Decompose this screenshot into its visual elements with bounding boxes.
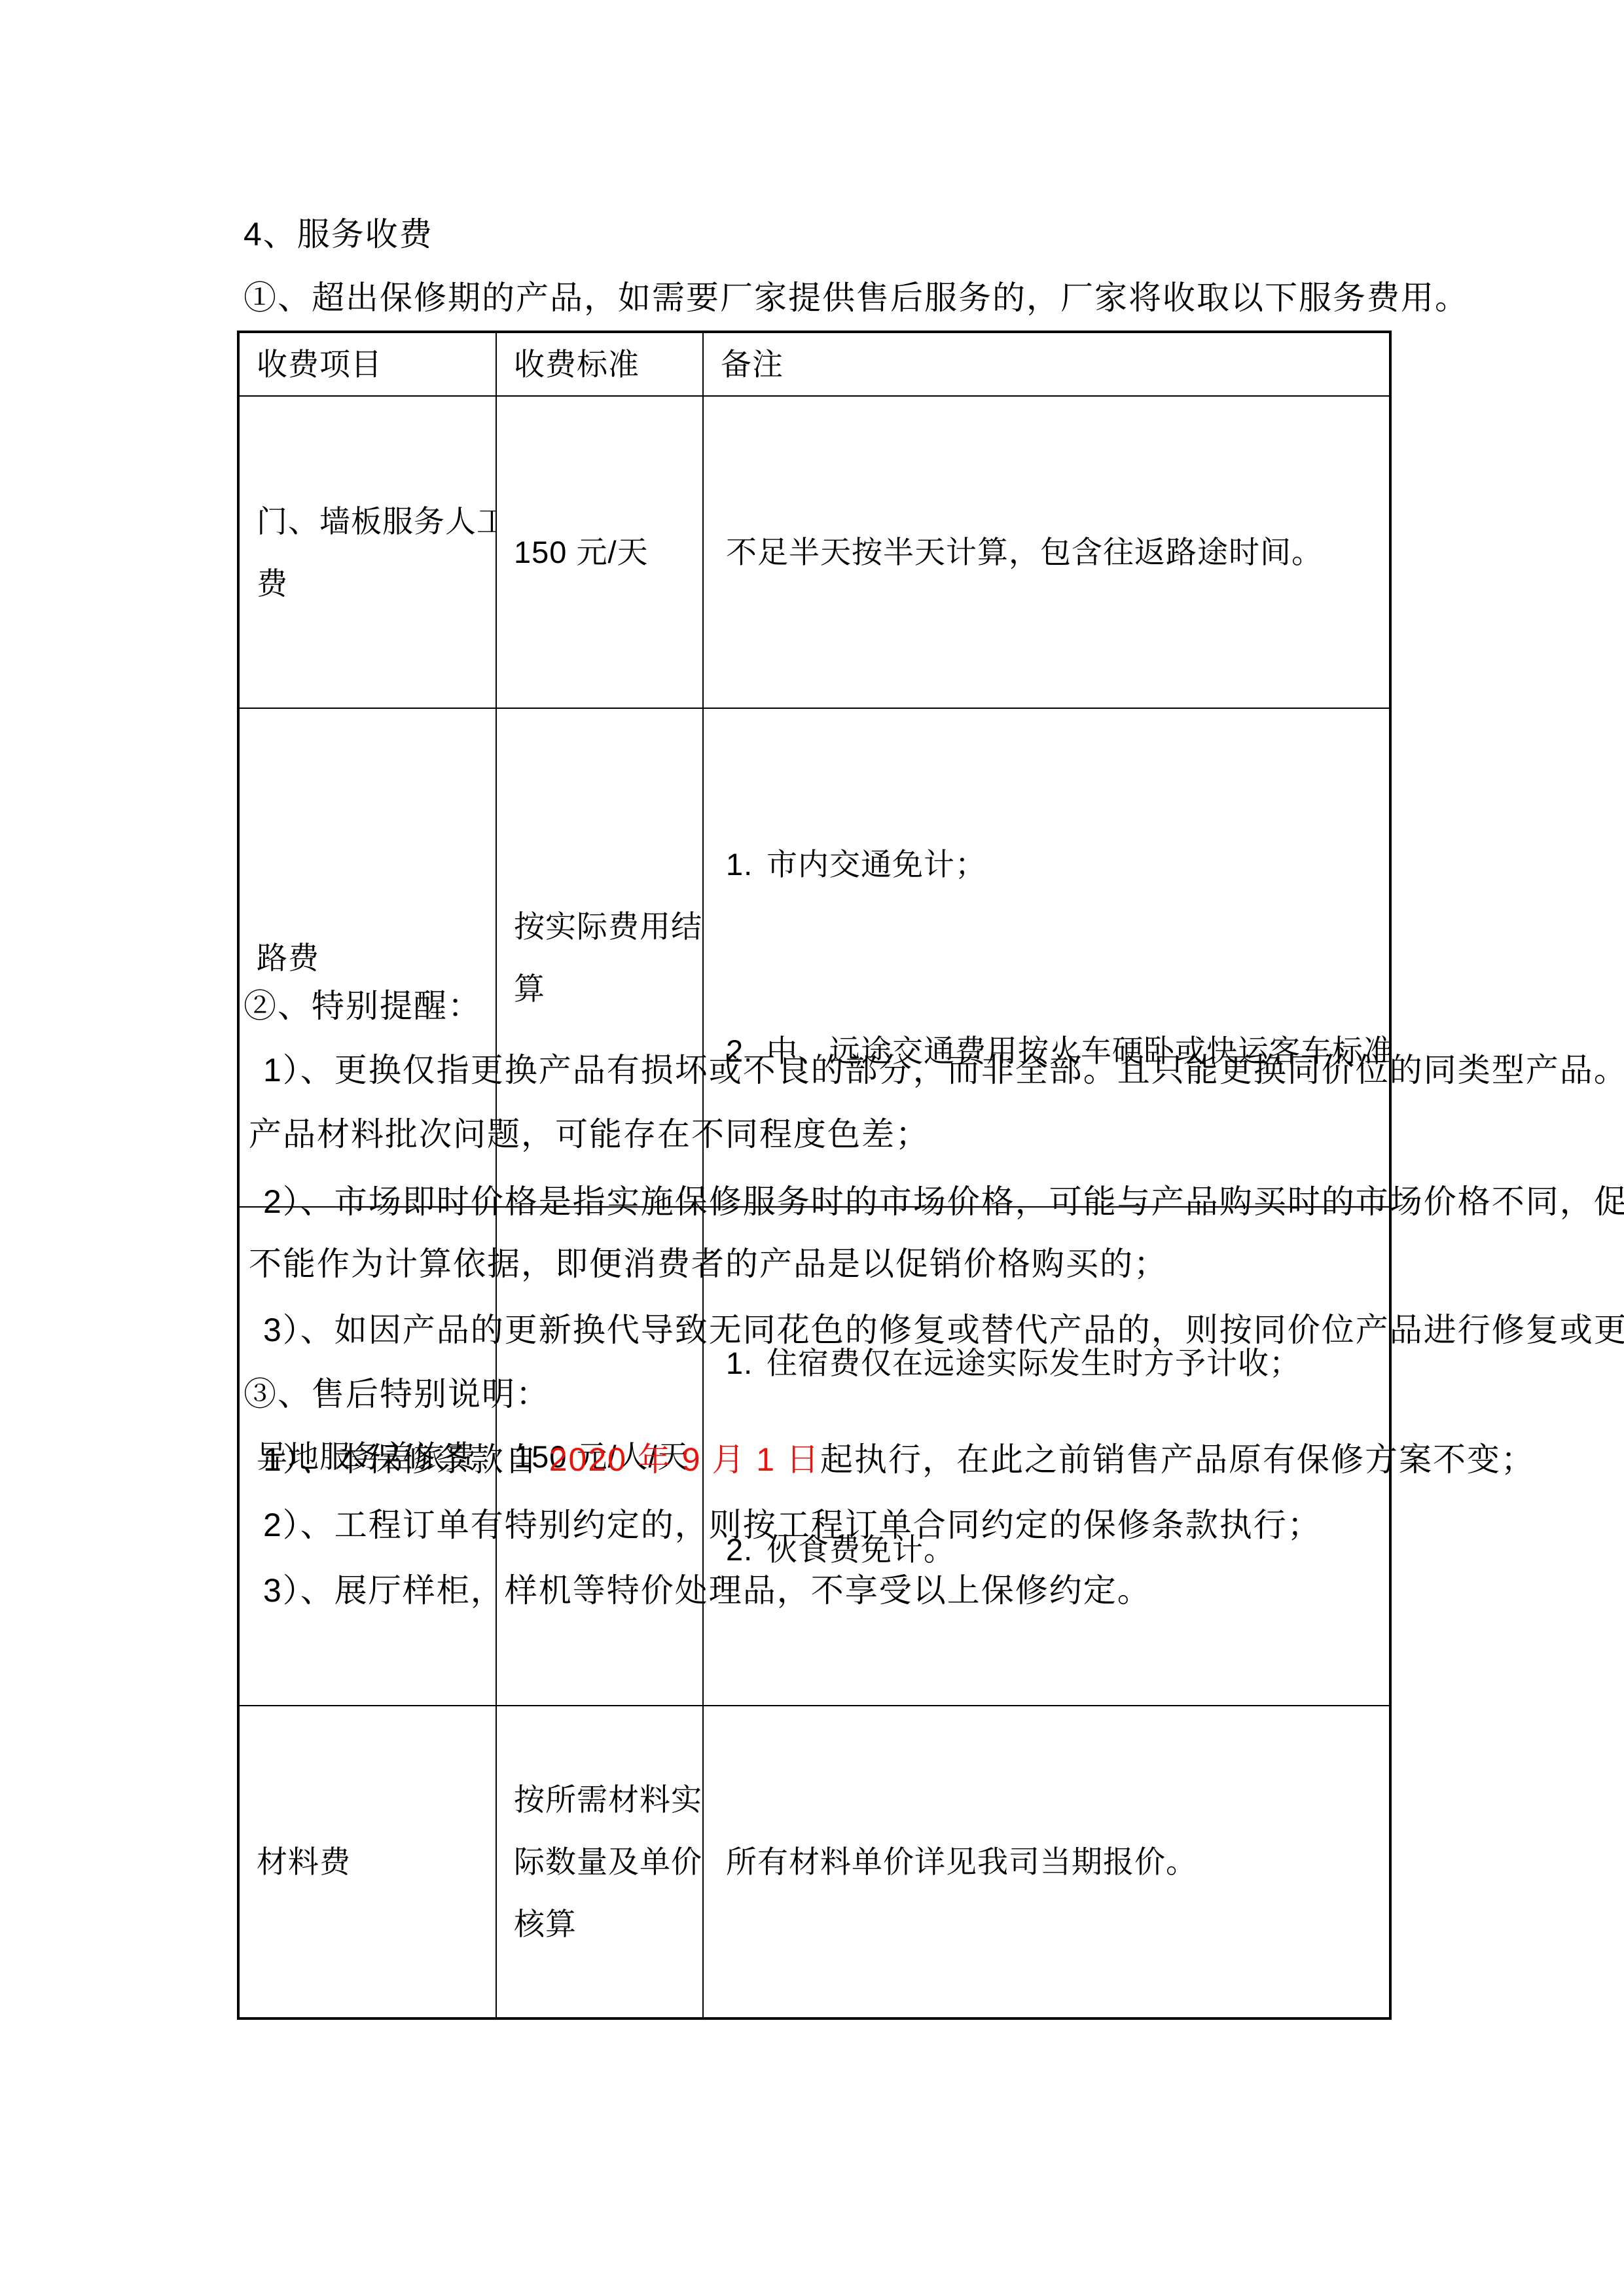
cell-fee-standard: 150 元/天 (496, 396, 703, 708)
cell-fee-item: 门、墙板服务人工 费 (238, 396, 496, 708)
table-row: 材料费 按所需材料实 际数量及单价 核算 所有材料单价详见我司当期报价。 (238, 1706, 1390, 2018)
cell-fee-standard: 按所需材料实 际数量及单价 核算 (496, 1706, 703, 2018)
after-sale-item-1: 1）、本保修条款自 2020 年 9 月 1 日起执行，在此之前销售产品原有保修… (263, 1427, 1535, 1492)
header-remarks: 备注 (703, 332, 1390, 396)
reminder-item-1-line-1: 1）、更换仅指更换产品有损坏或不良的部分，而非全部。且只能更换同价位的同类型产品… (263, 1037, 1624, 1103)
remark-text: 市内交通免计； (767, 847, 986, 882)
section-title: 4、服务收费 (244, 202, 433, 267)
header-fee-item: 收费项目 (238, 332, 496, 396)
fee-table-header-row: 收费项目 收费标准 备注 (238, 332, 1390, 396)
after-sale-item-3: 3）、展厅样柜，样机等特价处理品，不享受以上保修约定。 (263, 1558, 1151, 1623)
remark-line: 不足半天按半天计算，包含往返路途时间。 (726, 521, 1389, 583)
document-page: 4、服务收费 ①、超出保修期的产品，如需要厂家提供售后服务的，厂家将收取以下服务… (0, 0, 1624, 2296)
cell-fee-item: 材料费 (238, 1706, 496, 2018)
effective-date-red-text: 2020 年 9 月 1 日 (549, 1441, 820, 1478)
reminder-item-1-line-2: 产品材料批次问题，可能存在不同程度色差； (249, 1102, 929, 1167)
cell-remarks: 不足半天按半天计算，包含往返路途时间。 (703, 396, 1390, 708)
after-sale-item-1-prefix: 1）、本保修条款自 (263, 1441, 549, 1478)
cell-remarks: 所有材料单价详见我司当期报价。 (703, 1706, 1390, 2018)
reminder-item-2-line-2: 不能作为计算依据，即便消费者的产品是以促销价格购买的； (249, 1231, 1168, 1297)
reminder-item-3: 3）、如因产品的更新换代导致无同花色的修复或替代产品的，则按同价位产品进行修复或… (263, 1297, 1624, 1363)
after-sale-item-1-suffix: 起执行，在此之前销售产品原有保修方案不变； (820, 1441, 1535, 1478)
special-reminder-heading: ②、特别提醒： (244, 973, 482, 1039)
remark-line: 所有材料单价详见我司当期报价。 (726, 1831, 1389, 1893)
reminder-item-2-line-1: 2）、市场即时价格是指实施保修服务时的市场价格，可能与产品购买时的市场价格不同，… (263, 1169, 1624, 1234)
table-row: 门、墙板服务人工 费 150 元/天 不足半天按半天计算，包含往返路途时间。 (238, 396, 1390, 708)
remark-line: 1.市内交通免计； (726, 833, 1389, 895)
header-fee-standard: 收费标准 (496, 332, 703, 396)
after-sale-heading: ③、售后特别说明： (244, 1361, 550, 1427)
remark-number: 1. (726, 833, 767, 895)
intro-paragraph: ①、超出保修期的产品，如需要厂家提供售后服务的，厂家将收取以下服务费用。 (244, 265, 1469, 331)
after-sale-item-2: 2）、工程订单有特别约定的，则按工程订单合同约定的保修条款执行； (263, 1492, 1322, 1558)
